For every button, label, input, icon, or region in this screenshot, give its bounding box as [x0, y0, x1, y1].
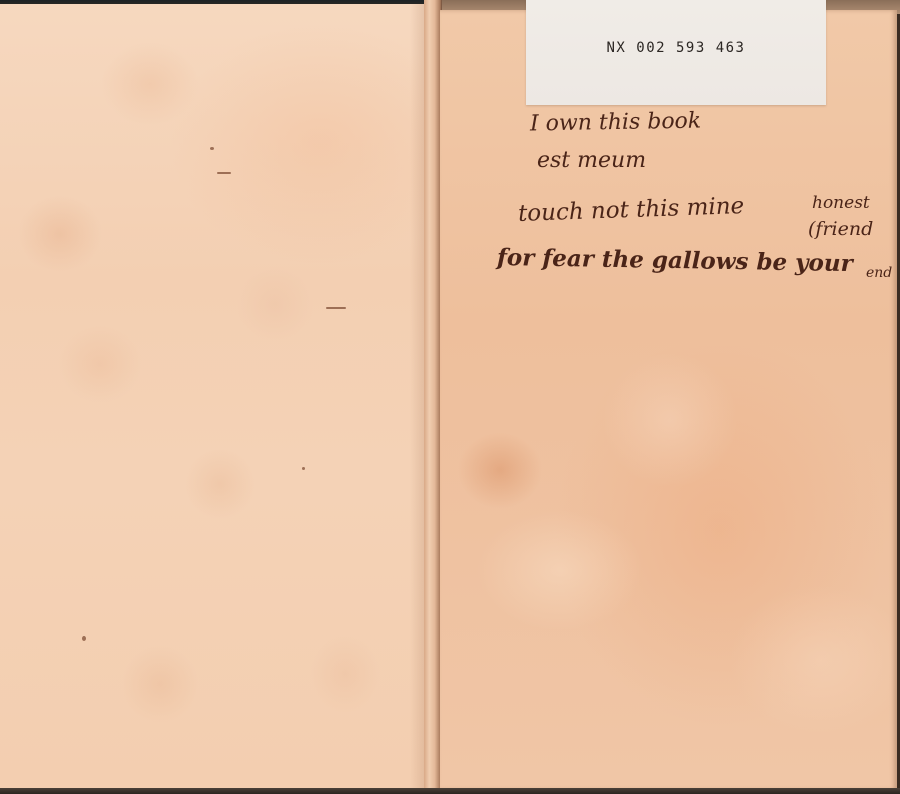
barcode-number: NX 002 593 463: [526, 40, 826, 56]
ink-speck: [326, 307, 346, 309]
inscription-line-2: est meum: [537, 148, 646, 173]
left-page: [0, 4, 428, 790]
ink-speck: [302, 467, 305, 470]
inscription-line-1: I own this book: [530, 109, 702, 137]
inscription-line-4-end: end: [866, 265, 892, 281]
book-cover-edge-bottom: [0, 788, 900, 794]
ink-speck: [82, 636, 86, 641]
library-barcode-label: NX 002 593 463: [526, 0, 826, 105]
inscription-line-3-above: honest: [812, 193, 870, 213]
book-spread: NX 002 593 463 I own this book est meum …: [0, 0, 900, 794]
ink-speck: [210, 147, 214, 150]
ink-speck: [217, 172, 231, 174]
inscription-line-3-below: (friend: [808, 218, 873, 240]
